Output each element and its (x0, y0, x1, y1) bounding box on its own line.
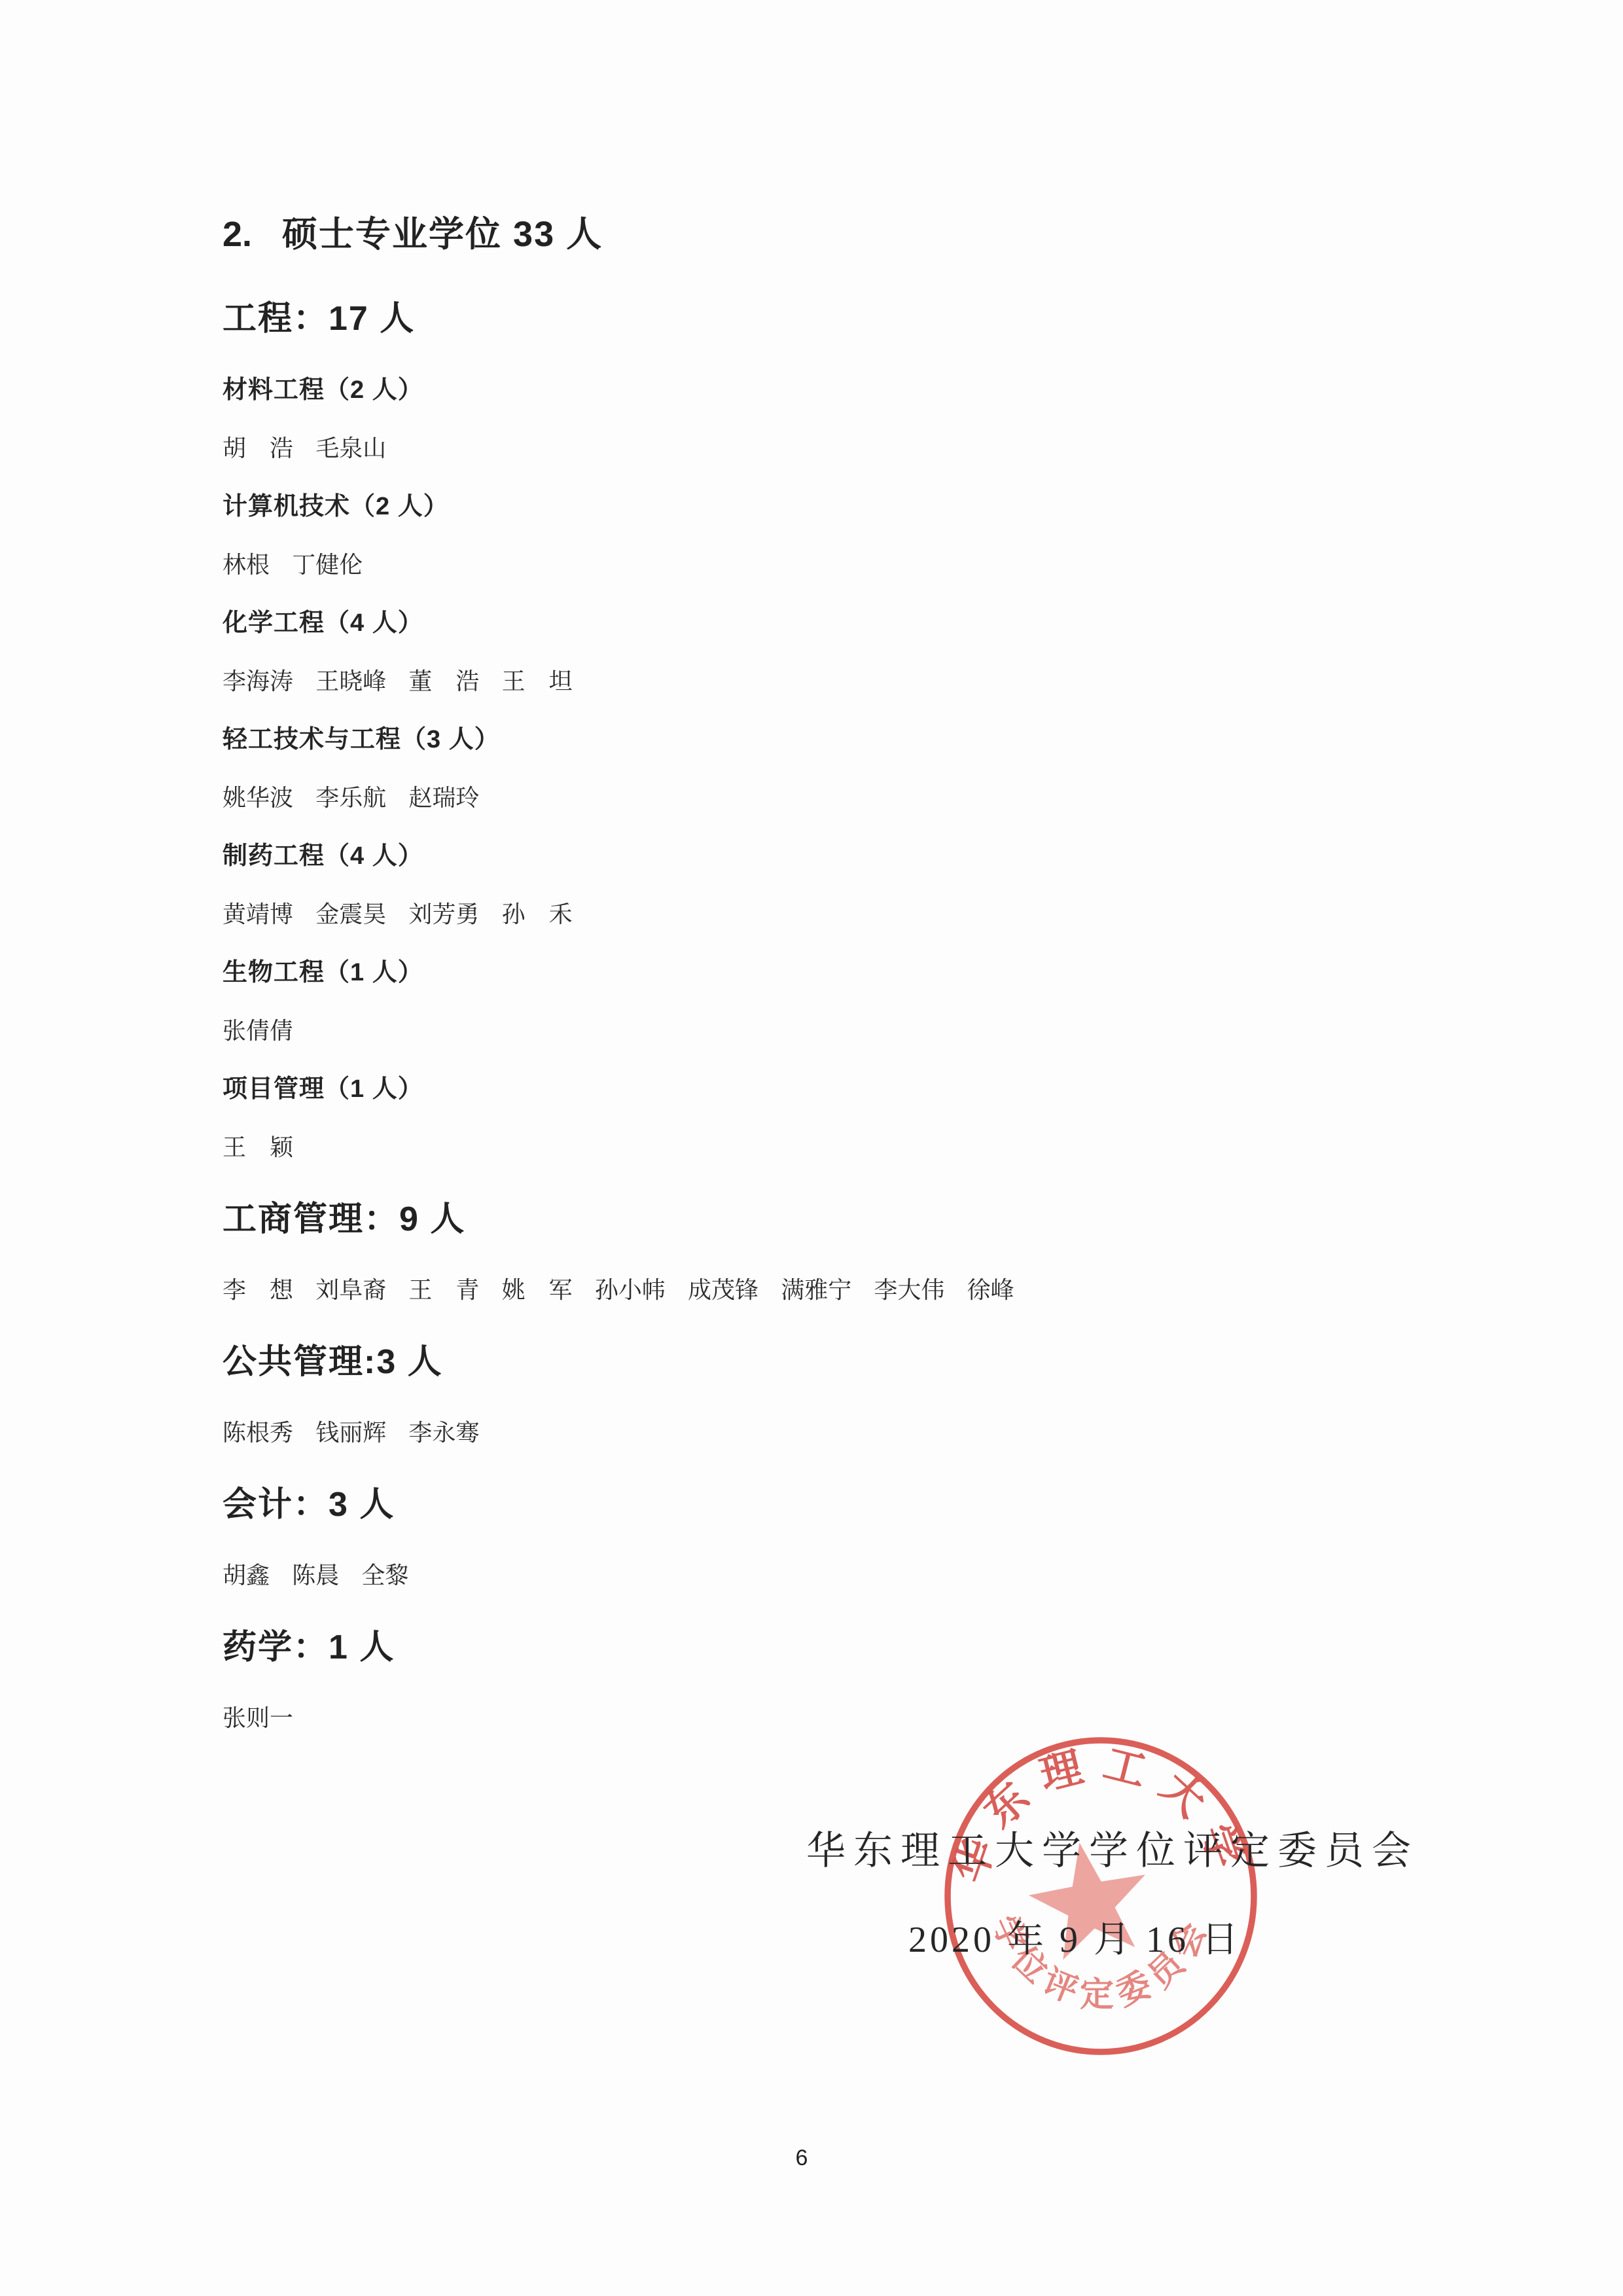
person-name: 刘阜裔 (315, 1278, 386, 1302)
names-row: 姚华波李乐航赵瑞玲 (223, 786, 1335, 810)
names-row: 李 想刘阜裔王 青姚 军孙小帏成茂锋满雅宁李大伟徐峰 (223, 1278, 1335, 1302)
subsection-heading: 化学工程（4 人） (223, 611, 1335, 636)
person-name: 黄靖博 (223, 903, 293, 926)
person-name: 赵瑞玲 (408, 786, 479, 810)
document-page: 2.硕士专业学位 33 人工程：17 人材料工程（2 人）胡 浩毛泉山计算机技术… (0, 0, 1623, 2296)
person-name: 李 想 (223, 1278, 293, 1302)
section-heading: 工程：17 人 (223, 302, 1335, 336)
person-name: 全黎 (361, 1564, 408, 1587)
names-row: 黄靖博金震昊刘芳勇孙 禾 (223, 903, 1335, 926)
committee-signature: 华东理工大学学位评定委员会 (806, 1831, 1419, 1871)
person-name: 李乐航 (315, 786, 386, 810)
section-heading: 会计：3 人 (223, 1488, 1335, 1522)
subsection-heading: 材料工程（2 人） (223, 378, 1335, 403)
section-heading: 公共管理:3 人 (223, 1345, 1335, 1379)
person-name: 李海涛 (223, 670, 293, 693)
person-name: 王晓峰 (315, 670, 386, 693)
section-heading: 工商管理：9 人 (223, 1202, 1335, 1236)
section-heading: 药学：1 人 (223, 1630, 1335, 1664)
person-name: 金震昊 (315, 903, 386, 926)
person-name: 毛泉山 (315, 437, 386, 460)
person-name: 孙小帏 (595, 1278, 666, 1302)
names-row: 林根丁健伦 (223, 553, 1335, 577)
person-name: 徐峰 (967, 1278, 1014, 1302)
person-name: 孙 禾 (502, 903, 573, 926)
person-name: 陈晨 (292, 1564, 339, 1587)
person-name: 林根 (223, 553, 270, 577)
page-number: 6 (0, 2145, 1603, 2171)
person-name: 丁健伦 (292, 553, 363, 577)
subsection-heading: 制药工程（4 人） (223, 844, 1335, 869)
person-name: 胡 浩 (223, 437, 293, 460)
subsection-heading: 轻工技术与工程（3 人） (223, 727, 1335, 752)
official-seal: 华东理工大学 学位评定委员会 (944, 1737, 1258, 2055)
seal-graphic: 华东理工大学 学位评定委员会 (944, 1737, 1258, 2055)
person-name: 王 青 (408, 1278, 479, 1302)
names-row: 胡鑫陈晨全黎 (223, 1564, 1335, 1587)
person-name: 满雅宁 (781, 1278, 851, 1302)
person-name: 李永骞 (408, 1421, 479, 1444)
chapter-number: 2. (223, 217, 252, 252)
person-name: 张倩倩 (223, 1019, 293, 1043)
person-name: 陈根秀 (223, 1421, 293, 1444)
names-row: 王 颖 (223, 1136, 1335, 1159)
person-name: 王 坦 (502, 670, 573, 693)
names-row: 陈根秀钱丽辉李永骞 (223, 1421, 1335, 1444)
degree-list: 2.硕士专业学位 33 人工程：17 人材料工程（2 人）胡 浩毛泉山计算机技术… (223, 0, 1335, 1730)
person-name: 胡鑫 (223, 1564, 270, 1587)
subsection-heading: 项目管理（1 人） (223, 1077, 1335, 1102)
subsection-heading: 生物工程（1 人） (223, 960, 1335, 985)
names-row: 张则一 (223, 1706, 1335, 1730)
person-name: 董 浩 (408, 670, 479, 693)
names-row: 李海涛王晓峰董 浩王 坦 (223, 670, 1335, 693)
person-name: 王 颖 (223, 1136, 293, 1159)
chapter-heading: 2.硕士专业学位 33 人 (223, 217, 1335, 252)
chapter-title: 硕士专业学位 33 人 (282, 215, 603, 254)
person-name: 李大伟 (874, 1278, 944, 1302)
subsection-heading: 计算机技术（2 人） (223, 494, 1335, 519)
person-name: 钱丽辉 (315, 1421, 386, 1444)
names-row: 胡 浩毛泉山 (223, 437, 1335, 460)
person-name: 姚华波 (223, 786, 293, 810)
person-name: 张则一 (223, 1706, 293, 1730)
person-name: 刘芳勇 (408, 903, 479, 926)
person-name: 成茂锋 (688, 1278, 758, 1302)
signature-date: 2020 年 9 月 16 日 (908, 1922, 1241, 1958)
names-row: 张倩倩 (223, 1019, 1335, 1043)
person-name: 姚 军 (502, 1278, 573, 1302)
